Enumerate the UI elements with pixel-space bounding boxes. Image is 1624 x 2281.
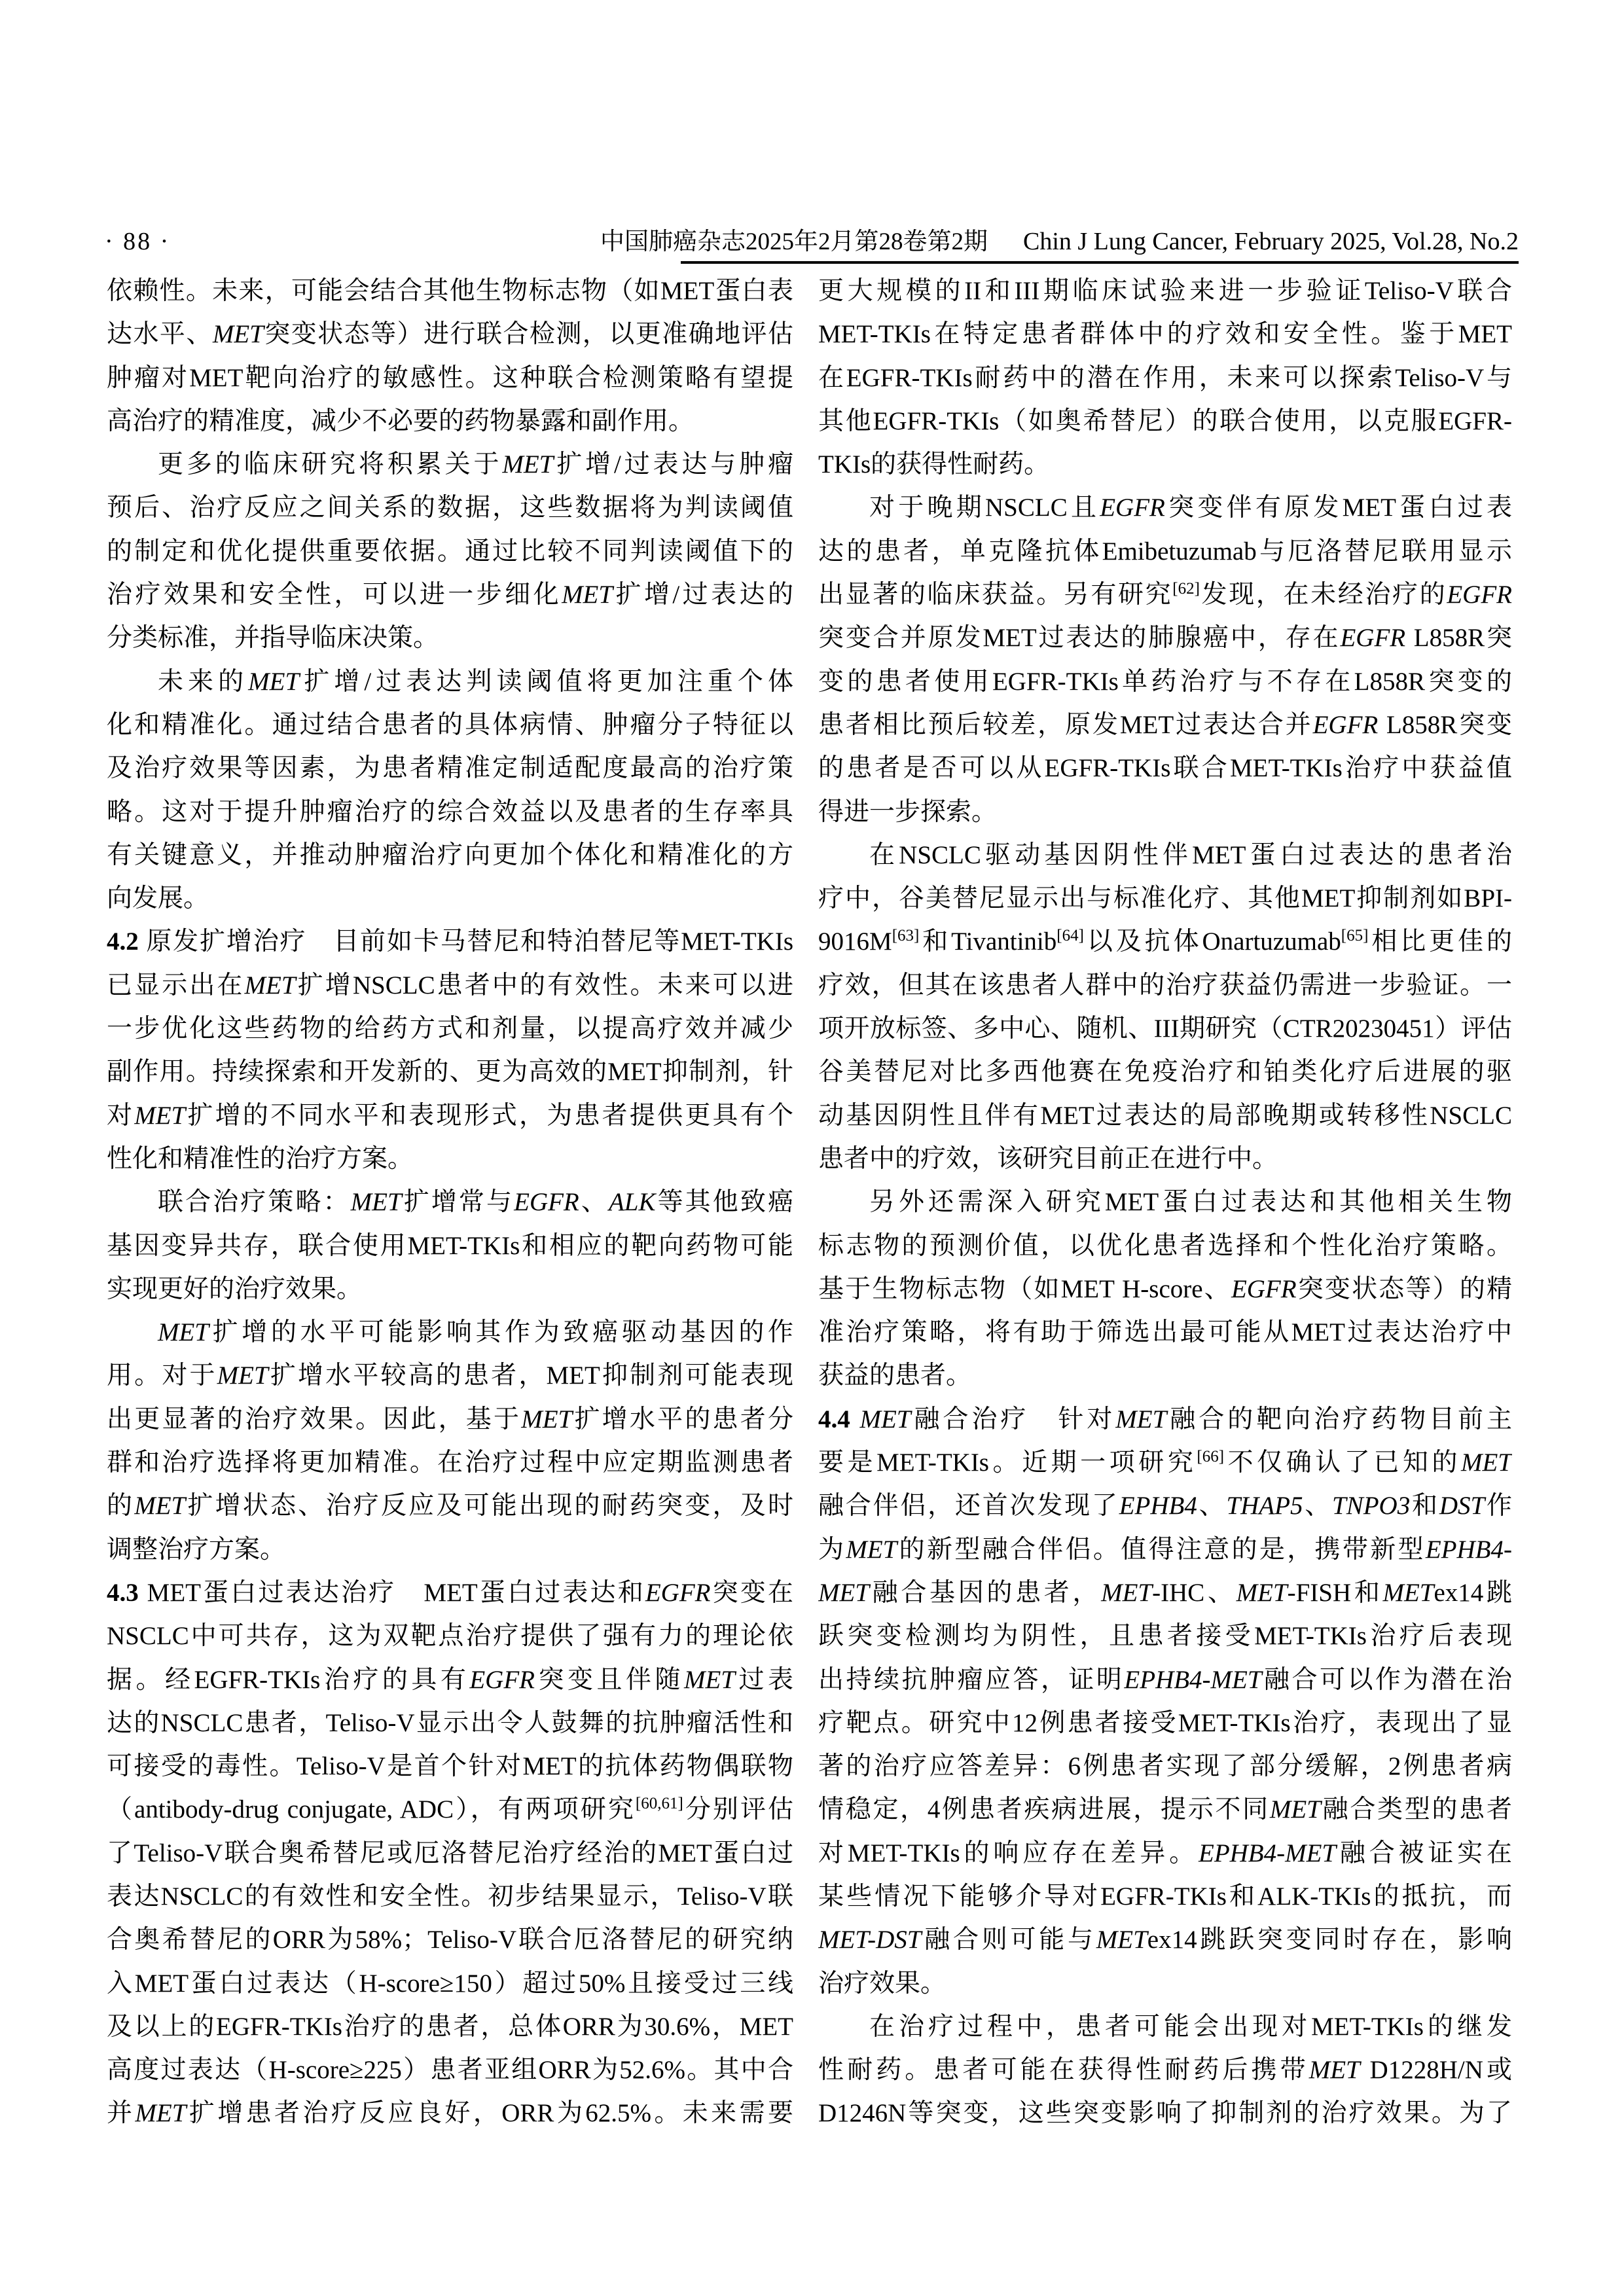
text-line: 高度过表达（H-score≥225）患者亚组ORR为52.6%。其中合 <box>107 2049 793 2092</box>
italic-text: MET <box>351 1188 402 1216</box>
text-line: 基因变异共存，联合使用MET-TKIs和相应的靶向药物可能 <box>107 1225 793 1268</box>
body-text: 副作用。持续探索和开发新的、更为高效的MET抑制剂，针 <box>107 1058 793 1086</box>
right-column: 更大规模的II和III期临床试验来进一步验证Teliso-V联合MET-TKIs… <box>818 270 1512 2136</box>
reference-superscript: [66] <box>1197 1448 1224 1465</box>
text-line: 及以上的EGFR-TKIs治疗的患者，总体ORR为30.6%，MET <box>107 2005 793 2049</box>
text-line: 表达NSCLC的有效性和安全性。初步结果显示，Teliso-V联 <box>107 1875 793 1918</box>
text-line: 跃突变检测均为阴性，且患者接受MET-TKIs治疗后表现 <box>818 1615 1512 1658</box>
body-text: 扩增/过表达的 <box>613 581 793 609</box>
body-text: 有关键意义，并推动肿瘤治疗向更加个体化和精准化的方 <box>107 841 793 869</box>
body-text: 肿瘤对MET靶向治疗的敏感性。这种联合检测策略有望提 <box>107 364 793 392</box>
body-text: 和 <box>1410 1492 1439 1520</box>
text-line: 达的NSCLC患者，Teliso-V显示出令人鼓舞的抗肿瘤活性和 <box>107 1702 793 1745</box>
italic-text: MET <box>134 1102 185 1130</box>
body-text: 扩增水平较高的患者，MET抑制剂可能表现 <box>268 1361 793 1390</box>
text-line: 对MET扩增的不同水平和表现形式，为患者提供更具有个 <box>107 1094 793 1138</box>
text-line: 已显示出在MET扩增NSCLC患者中的有效性。未来可以进 <box>107 964 793 1007</box>
body-text: 可接受的毒性。Teliso-V是首个针对MET的抗体药物偶联物 <box>107 1752 793 1780</box>
text-line: 患者相比预后较差，原发MET过表达合并EGFR L858R突变 <box>818 704 1512 747</box>
text-line: 变的患者使用EGFR-TKIs单药治疗与不存在L858R突变的 <box>818 660 1512 704</box>
text-line: 4.4 MET融合治疗 针对MET融合的靶向治疗药物目前主 <box>818 1398 1512 1441</box>
body-text: 表达NSCLC的有效性和安全性。初步结果显示，Teliso-V联 <box>107 1882 793 1911</box>
body-text: L858R突变 <box>1378 711 1512 739</box>
body-text: 入MET蛋白过表达（H-score≥150）超过50%且接受过三线 <box>107 1969 793 1998</box>
body-text: 扩增的不同水平和表现形式，为患者提供更具有个 <box>185 1102 793 1130</box>
text-line: 情稳定，4例患者疾病进展，提示不同MET融合类型的患者 <box>818 1788 1512 1831</box>
body-text: 的患者是否可以从EGFR-TKIs联合MET-TKIs治疗中获益值 <box>818 754 1512 782</box>
text-line: 的MET扩增状态、治疗反应及可能出现的耐药突变，及时 <box>107 1484 793 1528</box>
italic-text: MET <box>135 2099 186 2127</box>
text-line: 略。这对于提升肿瘤治疗的综合效益以及患者的生存率具 <box>107 791 793 834</box>
body-text <box>850 1405 860 1433</box>
text-line: 未来的MET扩增/过表达判读阈值将更加注重个体 <box>107 660 793 704</box>
text-line: 融合伴侣，还首次发现了EPHB4、THAP5、TNPO3和DST作 <box>818 1484 1512 1528</box>
body-text: 群和治疗选择将更加精准。在治疗过程中应定期监测患者 <box>107 1448 793 1477</box>
text-line: 达的患者，单克隆抗体Emibetuzumab与厄洛替尼联用显示 <box>818 530 1512 573</box>
reference-superscript: [63] <box>892 927 920 944</box>
italic-text: EPHB4 <box>1119 1492 1197 1520</box>
body-text: 患者中的疗效，该研究目前正在进行中。 <box>818 1145 1278 1173</box>
body-text: 了Teliso-V联合奥希替尼或厄洛替尼治疗经治的MET蛋白过 <box>107 1839 793 1867</box>
body-text: 用。对于 <box>107 1361 217 1390</box>
body-text: MET-TKIs在特定患者群体中的疗效和安全性。鉴于MET <box>818 320 1512 348</box>
body-text: 发现，在未经治疗的 <box>1200 581 1447 609</box>
text-line: 对于晚期NSCLC且EGFR突变伴有原发MET蛋白过表 <box>818 486 1512 530</box>
italic-text: EPHB4- <box>1426 1536 1512 1564</box>
text-line: 更大规模的II和III期临床试验来进一步验证Teliso-V联合 <box>818 270 1512 313</box>
text-line: 获益的患者。 <box>818 1354 1512 1397</box>
body-text: 疗中，谷美替尼显示出与标准化疗、其他MET抑制剂如BPI- <box>818 884 1512 912</box>
body-text: 得进一步探索。 <box>818 798 997 826</box>
text-line: D1246N等突变，这些突变影响了抑制剂的治疗效果。为了 <box>818 2092 1512 2135</box>
italic-text: MET <box>1270 1795 1321 1823</box>
body-text: 等其他致癌 <box>655 1188 793 1216</box>
body-text: 出显著的临床获益。另有研究 <box>818 581 1172 609</box>
body-text: 跃突变检测均为阴性，且患者接受MET-TKIs治疗后表现 <box>818 1622 1512 1650</box>
body-text: 的新型融合伴侣。值得注意的是，携带新型 <box>897 1536 1426 1564</box>
body-text: 扩增/过表达判读阈值将更加注重个体 <box>299 668 793 696</box>
text-line: 要是MET-TKIs。近期一项研究[66]不仅确认了已知的MET <box>818 1441 1512 1484</box>
body-text: 要是MET-TKIs。近期一项研究 <box>818 1448 1197 1477</box>
italic-text: MET <box>245 971 296 999</box>
body-text: -IHC、 <box>1152 1579 1236 1607</box>
italic-text: EGFR <box>1100 494 1165 522</box>
text-line: MET-TKIs在特定患者群体中的疗效和安全性。鉴于MET <box>818 313 1512 356</box>
body-text: 原发扩增治疗 目前如卡马替尼和特泊替尼等MET-TKIs <box>139 927 793 956</box>
body-text: （antibody-drug conjugate, ADC），有两项研究 <box>107 1795 636 1823</box>
body-text: 达的患者，单克隆抗体Emibetuzumab与厄洛替尼联用显示 <box>818 537 1512 566</box>
italic-text: MET <box>217 1361 268 1390</box>
reference-superscript: [64] <box>1056 927 1084 944</box>
body-text: 突变伴有原发MET蛋白过表 <box>1165 494 1512 522</box>
body-text: 出更显著的治疗效果。因此，基于 <box>107 1405 521 1433</box>
text-line: 肿瘤对MET靶向治疗的敏感性。这种联合检测策略有望提 <box>107 357 793 400</box>
section-number: 4.2 <box>107 927 139 956</box>
body-text: 项开放标签、多中心、随机、III期研究（CTR20230451）评估 <box>818 1015 1512 1043</box>
text-line: 某些情况下能够介导对EGFR-TKIs和ALK-TKIs的抵抗，而 <box>818 1875 1512 1918</box>
body-text: 谷美替尼对比多西他赛在免疫治疗和铂类化疗后进展的驱 <box>818 1058 1512 1086</box>
body-text: 更多的临床研究将积累关于 <box>158 450 502 478</box>
italic-text: MET <box>846 1536 897 1564</box>
text-line: NSCLC中可共存，这为双靶点治疗提供了强有力的理论依 <box>107 1615 793 1658</box>
body-text: 9016M <box>818 927 892 956</box>
italic-text: MET <box>1461 1448 1512 1477</box>
body-text: 高治疗的精准度，减少不必要的药物暴露和副作用。 <box>107 407 694 435</box>
text-line: 合奥希替尼的ORR为58%；Teliso-V联合厄洛替尼的研究纳 <box>107 1918 793 1962</box>
text-line: 为MET的新型融合伴侣。值得注意的是，携带新型EPHB4- <box>818 1528 1512 1572</box>
body-text: 动基因阴性且伴有MET过表达的局部晚期或转移性NSCLC <box>818 1102 1512 1130</box>
body-text: 已显示出在 <box>107 971 245 999</box>
body-text: 未来的 <box>158 668 248 696</box>
body-text: 扩增常与 <box>402 1188 514 1216</box>
body-text: 突变状态等）的精 <box>1297 1275 1512 1303</box>
italic-text: MET <box>1309 2056 1360 2084</box>
body-text: MET蛋白过表达治疗 MET蛋白过表达和 <box>139 1579 645 1607</box>
body-text: -FISH和 <box>1288 1579 1383 1607</box>
italic-text: EPHB4-MET <box>1124 1666 1261 1694</box>
body-text: 据。经EGFR-TKIs治疗的具有 <box>107 1666 469 1694</box>
body-text: 合奥希替尼的ORR为58%；Teliso-V联合厄洛替尼的研究纳 <box>107 1926 793 1954</box>
journal-titles: 中国肺癌杂志2025年2月第28卷第2期 Chin J Lung Cancer,… <box>600 221 1519 257</box>
body-text: 突变状态等）进行联合检测，以更准确地评估 <box>264 320 793 348</box>
text-line: 出持续抗肿瘤应答，证明EPHB4-MET融合可以作为潜在治 <box>818 1659 1512 1702</box>
text-line: （antibody-drug conjugate, ADC），有两项研究[60,… <box>107 1788 793 1831</box>
text-line: 9016M[63]和Tivantinib[64]以及抗体Onartuzumab[… <box>818 920 1512 963</box>
italic-text: MET <box>213 320 264 348</box>
body-text: 准治疗策略，将有助于筛选出最可能从MET过表达治疗中 <box>818 1318 1512 1346</box>
text-line: 了Teliso-V联合奥希替尼或厄洛替尼治疗经治的MET蛋白过 <box>107 1832 793 1875</box>
body-text: L858R突 <box>1405 624 1512 652</box>
text-line: 达水平、MET突变状态等）进行联合检测，以更准确地评估 <box>107 313 793 356</box>
body-text: TKIs的获得性耐药。 <box>818 450 1049 478</box>
text-line: 有关键意义，并推动肿瘤治疗向更加个体化和精准化的方 <box>107 834 793 877</box>
body-text: 分类标准，并指导临床决策。 <box>107 624 439 652</box>
body-text: 过表 <box>735 1666 793 1694</box>
body-text: 出持续抗肿瘤应答，证明 <box>818 1666 1124 1694</box>
body-text: 分别评估 <box>683 1795 793 1823</box>
italic-text: MET <box>502 450 553 478</box>
body-text: 疗靶点。研究中12例患者接受MET-TKIs治疗，表现出了显 <box>818 1709 1512 1737</box>
text-line: 可接受的毒性。Teliso-V是首个针对MET的抗体药物偶联物 <box>107 1745 793 1788</box>
body-text: NSCLC中可共存，这为双靶点治疗提供了强有力的理论依 <box>107 1622 793 1650</box>
body-text: 化和精准化。通过结合患者的具体病情、肿瘤分子特征以 <box>107 711 793 739</box>
body-text: 患者相比预后较差，原发MET过表达合并 <box>818 711 1313 739</box>
body-text: 扩增状态、治疗反应及可能出现的耐药突变，及时 <box>185 1492 793 1520</box>
body-text: 对于晚期NSCLC且 <box>869 494 1100 522</box>
body-text: 疗效，但其在该患者人群中的治疗获益仍需进一步验证。一 <box>818 971 1512 999</box>
body-text: 获益的患者。 <box>818 1361 971 1390</box>
body-text: 更大规模的II和III期临床试验来进一步验证Teliso-V联合 <box>818 277 1512 305</box>
italic-text: THAP5 <box>1226 1492 1303 1520</box>
body-text: 著的治疗应答差异：6例患者实现了部分缓解，2例患者病 <box>818 1752 1512 1780</box>
italic-text: MET <box>1101 1579 1152 1607</box>
body-text: D1246N等突变，这些突变影响了抑制剂的治疗效果。为了 <box>818 2099 1512 2127</box>
body-text: D1228H/N或 <box>1360 2056 1512 2084</box>
body-text: ex14跳 <box>1434 1579 1513 1607</box>
text-line: 的患者是否可以从EGFR-TKIs联合MET-TKIs治疗中获益值 <box>818 747 1512 790</box>
body-text: 和Tivantinib <box>919 927 1056 956</box>
italic-text: MET <box>521 1405 572 1433</box>
italic-text: MET <box>1096 1926 1147 1954</box>
body-text: 、 <box>1197 1492 1227 1520</box>
reference-superscript: [65] <box>1341 927 1369 944</box>
body-text: 达的NSCLC患者，Teliso-V显示出令人鼓舞的抗肿瘤活性和 <box>107 1709 793 1737</box>
text-line: 实现更好的治疗效果。 <box>107 1268 793 1311</box>
body-text: 性化和精准性的治疗方案。 <box>107 1145 413 1173</box>
body-text: 达水平、 <box>107 320 213 348</box>
body-text: 融合被证实在 <box>1336 1839 1512 1867</box>
text-line: 性耐药。患者可能在获得性耐药后携带MET D1228H/N或 <box>818 2049 1512 2092</box>
body-text: 标志物的预测价值，以优化患者选择和个性化治疗策略。 <box>818 1232 1512 1260</box>
text-line: 预后、治疗反应之间关系的数据，这些数据将为判读阈值 <box>107 486 793 530</box>
text-line: 著的治疗应答差异：6例患者实现了部分缓解，2例患者病 <box>818 1745 1512 1788</box>
body-text: 以及抗体Onartuzumab <box>1084 927 1341 956</box>
text-line: 疗靶点。研究中12例患者接受MET-TKIs治疗，表现出了显 <box>818 1702 1512 1745</box>
body-text: 融合治疗 针对 <box>911 1405 1115 1433</box>
italic-text: EGFR <box>1231 1275 1297 1303</box>
body-text: 融合伴侣，还首次发现了 <box>818 1492 1119 1520</box>
text-line: 的制定和优化提供重要依据。通过比较不同判读阈值下的 <box>107 530 793 573</box>
text-line: 治疗效果和安全性，可以进一步细化MET扩增/过表达的 <box>107 573 793 617</box>
body-text: 基因变异共存，联合使用MET-TKIs和相应的靶向药物可能 <box>107 1232 793 1260</box>
body-text: 融合则可能与 <box>921 1926 1096 1954</box>
text-line: MET-DST融合则可能与METex14跳跃突变同时存在，影响 <box>818 1918 1512 1962</box>
italic-text: MET <box>859 1405 911 1433</box>
italic-text: EGFR <box>645 1579 711 1607</box>
body-text: 实现更好的治疗效果。 <box>107 1275 362 1303</box>
body-text: 基于生物标志物（如MET H-score、 <box>818 1275 1231 1303</box>
italic-text: MET <box>1236 1579 1288 1607</box>
text-line: 依赖性。未来，可能会结合其他生物标志物（如MET蛋白表 <box>107 270 793 313</box>
body-text: 突变合并原发MET过表达的肺腺癌中，存在 <box>818 624 1340 652</box>
body-text: 的 <box>107 1492 134 1520</box>
body-text: 并 <box>107 2099 135 2127</box>
body-text: 、 <box>579 1188 609 1216</box>
text-line: 4.2 原发扩增治疗 目前如卡马替尼和特泊替尼等MET-TKIs <box>107 920 793 963</box>
body-text: 对MET-TKIs的响应存在差异。 <box>818 1839 1199 1867</box>
text-line: 得进一步探索。 <box>818 791 1512 834</box>
body-text: 相比更佳的 <box>1368 927 1512 956</box>
italic-text: MET <box>1115 1405 1166 1433</box>
italic-text: MET <box>562 581 613 609</box>
body-text: 及治疗效果等因素，为患者精准定制适配度最高的治疗策 <box>107 754 793 782</box>
body-text: 某些情况下能够介导对EGFR-TKIs和ALK-TKIs的抵抗，而 <box>818 1882 1512 1911</box>
body-text: 预后、治疗反应之间关系的数据，这些数据将为判读阈值 <box>107 494 793 522</box>
body-text: 在NSCLC驱动基因阴性伴MET蛋白过表达的患者治 <box>869 841 1512 869</box>
italic-text: EGFR <box>1340 624 1405 652</box>
text-line: 对MET-TKIs的响应存在差异。EPHB4-MET融合被证实在 <box>818 1832 1512 1875</box>
body-text: 扩增水平的患者分 <box>572 1405 793 1433</box>
header-rule <box>681 261 1519 264</box>
body-text: 扩增患者治疗反应良好，ORR为62.5%。未来需要 <box>186 2099 793 2127</box>
text-line: MET扩增的水平可能影响其作为致癌驱动基因的作 <box>107 1311 793 1354</box>
body-text: 略。这对于提升肿瘤治疗的综合效益以及患者的生存率具 <box>107 798 793 826</box>
journal-title-en: Chin J Lung Cancer, February 2025, Vol.2… <box>1023 227 1519 256</box>
text-line: 其他EGFR-TKIs（如奥希替尼）的联合使用，以克服EGFR- <box>818 400 1512 443</box>
italic-text: MET-DST <box>818 1926 921 1954</box>
body-text: 治疗效果。 <box>818 1969 946 1998</box>
text-line: 4.3 MET蛋白过表达治疗 MET蛋白过表达和EGFR突变在 <box>107 1572 793 1615</box>
text-line: 更多的临床研究将积累关于MET扩增/过表达与肿瘤 <box>107 443 793 486</box>
text-line: 向发展。 <box>107 877 793 920</box>
reference-superscript: [62] <box>1172 580 1200 598</box>
italic-text: EGFR <box>1313 711 1379 739</box>
text-line: 联合治疗策略：MET扩增常与EGFR、ALK等其他致癌 <box>107 1181 793 1224</box>
text-line: 疗中，谷美替尼显示出与标准化疗、其他MET抑制剂如BPI- <box>818 877 1512 920</box>
italic-text: EGFR <box>514 1188 579 1216</box>
text-line: 患者中的疗效，该研究目前正在进行中。 <box>818 1138 1512 1181</box>
text-line: 入MET蛋白过表达（H-score≥150）超过50%且接受过三线 <box>107 1962 793 2005</box>
italic-text: EPHB4-MET <box>1199 1839 1336 1867</box>
page-header: · 88 · 中国肺癌杂志2025年2月第28卷第2期 Chin J Lung … <box>105 221 1519 257</box>
text-line: 据。经EGFR-TKIs治疗的具有EGFR突变且伴随MET过表 <box>107 1659 793 1702</box>
body-text: 性耐药。患者可能在获得性耐药后携带 <box>818 2056 1309 2084</box>
italic-text: DST <box>1439 1492 1485 1520</box>
text-line: 在NSCLC驱动基因阴性伴MET蛋白过表达的患者治 <box>818 834 1512 877</box>
italic-text: EGFR <box>469 1666 535 1694</box>
body-text: 一步优化这些药物的给药方式和剂量，以提高疗效并减少 <box>107 1015 793 1043</box>
body-text: 其他EGFR-TKIs（如奥希替尼）的联合使用，以克服EGFR- <box>818 407 1512 435</box>
text-line: 标志物的预测价值，以优化患者选择和个性化治疗策略。 <box>818 1225 1512 1268</box>
body-text: 及以上的EGFR-TKIs治疗的患者，总体ORR为30.6%，MET <box>107 2013 793 2041</box>
body-text: 依赖性。未来，可能会结合其他生物标志物（如MET蛋白表 <box>107 277 793 305</box>
text-line: 突变合并原发MET过表达的肺腺癌中，存在EGFR L858R突 <box>818 617 1512 660</box>
text-line: 在治疗过程中，患者可能会出现对MET-TKIs的继发 <box>818 2005 1512 2049</box>
body-text: 不仅确认了已知的 <box>1224 1448 1461 1477</box>
italic-text: ALK <box>609 1188 656 1216</box>
body-text: 另外还需深入研究MET蛋白过表达和其他相关生物 <box>869 1188 1512 1216</box>
section-number: 4.4 <box>818 1405 850 1433</box>
text-line: 疗效，但其在该患者人群中的治疗获益仍需进一步验证。一 <box>818 964 1512 1007</box>
text-line: 及治疗效果等因素，为患者精准定制适配度最高的治疗策 <box>107 747 793 790</box>
text-line: MET融合基因的患者，MET-IHC、MET-FISH和METex14跳 <box>818 1572 1512 1615</box>
text-line: 一步优化这些药物的给药方式和剂量，以提高疗效并减少 <box>107 1007 793 1051</box>
body-text: 变的患者使用EGFR-TKIs单药治疗与不存在L858R突变的 <box>818 668 1512 696</box>
body-text: 融合基因的患者， <box>869 1579 1101 1607</box>
text-line: 分类标准，并指导临床决策。 <box>107 617 793 660</box>
italic-text: EGFR <box>1447 581 1512 609</box>
text-line: 调整治疗方案。 <box>107 1528 793 1572</box>
text-line: 谷美替尼对比多西他赛在免疫治疗和铂类化疗后进展的驱 <box>818 1051 1512 1094</box>
text-line: 动基因阴性且伴有MET过表达的局部晚期或转移性NSCLC <box>818 1094 1512 1138</box>
body-text: 对 <box>107 1102 134 1130</box>
body-text: 调整治疗方案。 <box>107 1536 285 1564</box>
body-text: 联合治疗策略： <box>158 1188 351 1216</box>
italic-text: MET <box>158 1318 209 1346</box>
body-text: ex14跳跃突变同时存在，影响 <box>1147 1926 1512 1954</box>
text-line: 项开放标签、多中心、随机、III期研究（CTR20230451）评估 <box>818 1007 1512 1051</box>
reference-superscript: [60,61] <box>636 1795 683 1812</box>
text-line: 化和精准化。通过结合患者的具体病情、肿瘤分子特征以 <box>107 704 793 747</box>
page-number: · 88 · <box>105 227 170 256</box>
journal-title-cn: 中国肺癌杂志2025年2月第28卷第2期 <box>600 221 988 257</box>
text-line: 性化和精准性的治疗方案。 <box>107 1138 793 1181</box>
text-line: 群和治疗选择将更加精准。在治疗过程中应定期监测患者 <box>107 1441 793 1484</box>
body-text: 治疗效果和安全性，可以进一步细化 <box>107 581 562 609</box>
body-text: 突变在 <box>711 1579 793 1607</box>
body-text: 融合可以作为潜在治 <box>1262 1666 1512 1694</box>
text-line: 另外还需深入研究MET蛋白过表达和其他相关生物 <box>818 1181 1512 1224</box>
italic-text: MET <box>248 668 299 696</box>
body-text: 突变且伴随 <box>535 1666 684 1694</box>
text-line: 在EGFR-TKIs耐药中的潜在作用，未来可以探索Teliso-V与 <box>818 357 1512 400</box>
body-text: 扩增的水平可能影响其作为致癌驱动基因的作 <box>209 1318 793 1346</box>
left-column: 依赖性。未来，可能会结合其他生物标志物（如MET蛋白表达水平、MET突变状态等）… <box>107 270 793 2136</box>
section-number: 4.3 <box>107 1579 139 1607</box>
text-line: 治疗效果。 <box>818 1962 1512 2005</box>
italic-text: MET <box>684 1666 735 1694</box>
body-text: 扩增NSCLC患者中的有效性。未来可以进 <box>296 971 793 999</box>
body-text: 融合的靶向治疗药物目前主 <box>1166 1405 1512 1433</box>
body-text: 情稳定，4例患者疾病进展，提示不同 <box>818 1795 1270 1823</box>
body-text: 在EGFR-TKIs耐药中的潜在作用，未来可以探索Teliso-V与 <box>818 364 1512 392</box>
text-line: 出更显著的治疗效果。因此，基于MET扩增水平的患者分 <box>107 1398 793 1441</box>
text-line: 用。对于MET扩增水平较高的患者，MET抑制剂可能表现 <box>107 1354 793 1397</box>
text-line: 高治疗的精准度，减少不必要的药物暴露和副作用。 <box>107 400 793 443</box>
body-text: 向发展。 <box>107 884 209 912</box>
italic-text: MET <box>134 1492 185 1520</box>
body-text: 扩增/过表达与肿瘤 <box>553 450 793 478</box>
body-text: 在治疗过程中，患者可能会出现对MET-TKIs的继发 <box>869 2013 1512 2041</box>
body-text: 融合类型的患者 <box>1321 1795 1512 1823</box>
body-text: 作 <box>1485 1492 1512 1520</box>
body-text: 、 <box>1303 1492 1332 1520</box>
italic-text: TNPO3 <box>1332 1492 1410 1520</box>
body-text: 为 <box>818 1536 846 1564</box>
text-line: 出显著的临床获益。另有研究[62]发现，在未经治疗的EGFR <box>818 573 1512 617</box>
text-line: 副作用。持续探索和开发新的、更为高效的MET抑制剂，针 <box>107 1051 793 1094</box>
italic-text: MET <box>1383 1579 1434 1607</box>
body-text: 高度过表达（H-score≥225）患者亚组ORR为52.6%。其中合 <box>107 2056 793 2084</box>
italic-text: MET <box>818 1579 869 1607</box>
text-line: TKIs的获得性耐药。 <box>818 443 1512 486</box>
text-line: 准治疗策略，将有助于筛选出最可能从MET过表达治疗中 <box>818 1311 1512 1354</box>
body-text: 的制定和优化提供重要依据。通过比较不同判读阈值下的 <box>107 537 793 566</box>
text-line: 并MET扩增患者治疗反应良好，ORR为62.5%。未来需要 <box>107 2092 793 2135</box>
text-line: 基于生物标志物（如MET H-score、EGFR突变状态等）的精 <box>818 1268 1512 1311</box>
